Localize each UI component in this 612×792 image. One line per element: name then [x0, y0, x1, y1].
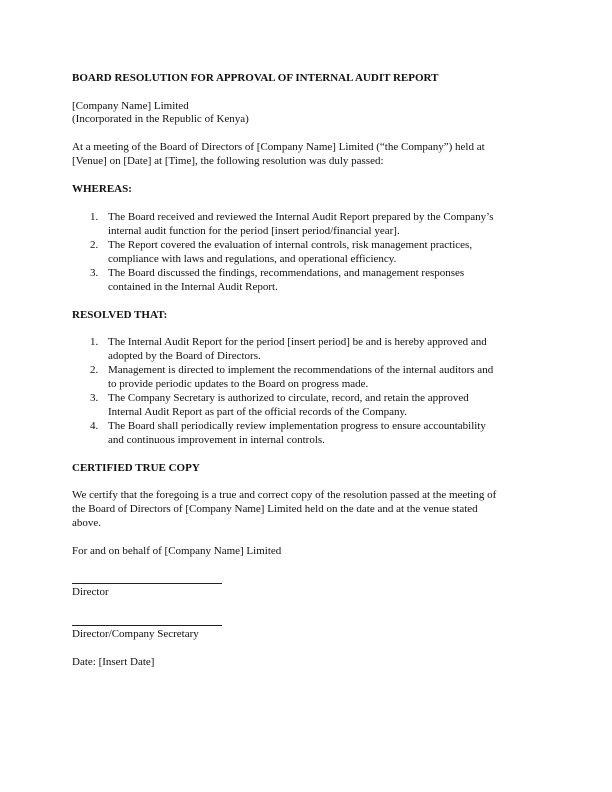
- item-text: compliance with laws and regulations, an…: [108, 253, 396, 266]
- item-number: 3.: [90, 392, 104, 405]
- item-text: adopted by the Board of Directors.: [108, 350, 261, 363]
- item-number: 1.: [90, 211, 104, 224]
- item-text: The Board received and reviewed the Inte…: [108, 211, 493, 224]
- item-text: The Company Secretary is authorized to c…: [108, 392, 469, 405]
- director-label: Director: [72, 586, 109, 599]
- director-secretary-label: Director/Company Secretary: [72, 628, 199, 641]
- item-text: The Board shall periodically review impl…: [108, 420, 486, 433]
- company-name: [Company Name] Limited: [72, 100, 189, 113]
- resolved-heading: RESOLVED THAT:: [72, 309, 167, 322]
- on-behalf-line: For and on behalf of [Company Name] Limi…: [72, 545, 281, 558]
- item-number: 2.: [90, 239, 104, 252]
- item-number: 1.: [90, 336, 104, 349]
- certified-line-2: the Board of Directors of [Company Name]…: [72, 503, 478, 516]
- whereas-heading: WHEREAS:: [72, 183, 132, 196]
- document-title: BOARD RESOLUTION FOR APPROVAL OF INTERNA…: [72, 72, 438, 85]
- item-text: internal audit function for the period […: [108, 225, 400, 238]
- item-text: The Board discussed the findings, recomm…: [108, 267, 464, 280]
- secretary-signature-line: [72, 625, 222, 626]
- item-text: to provide periodic updates to the Board…: [108, 378, 368, 391]
- intro-line-1: At a meeting of the Board of Directors o…: [72, 141, 485, 154]
- item-text: Management is directed to implement the …: [108, 364, 493, 377]
- incorporation-note: (Incorporated in the Republic of Kenya): [72, 113, 249, 126]
- item-text: Internal Audit Report as part of the off…: [108, 406, 407, 419]
- item-number: 2.: [90, 364, 104, 377]
- item-number: 4.: [90, 420, 104, 433]
- director-signature-line: [72, 583, 222, 584]
- date-line: Date: [Insert Date]: [72, 656, 154, 669]
- certified-line-1: We certify that the foregoing is a true …: [72, 489, 496, 502]
- item-text: contained in the Internal Audit Report.: [108, 281, 278, 294]
- certified-line-3: above.: [72, 517, 101, 530]
- item-text: The Report covered the evaluation of int…: [108, 239, 472, 252]
- intro-line-2: [Venue] on [Date] at [Time], the followi…: [72, 155, 384, 168]
- item-number: 3.: [90, 267, 104, 280]
- certified-heading: CERTIFIED TRUE COPY: [72, 462, 200, 475]
- item-text: The Internal Audit Report for the period…: [108, 336, 487, 349]
- item-text: and continuous improvement in internal c…: [108, 434, 325, 447]
